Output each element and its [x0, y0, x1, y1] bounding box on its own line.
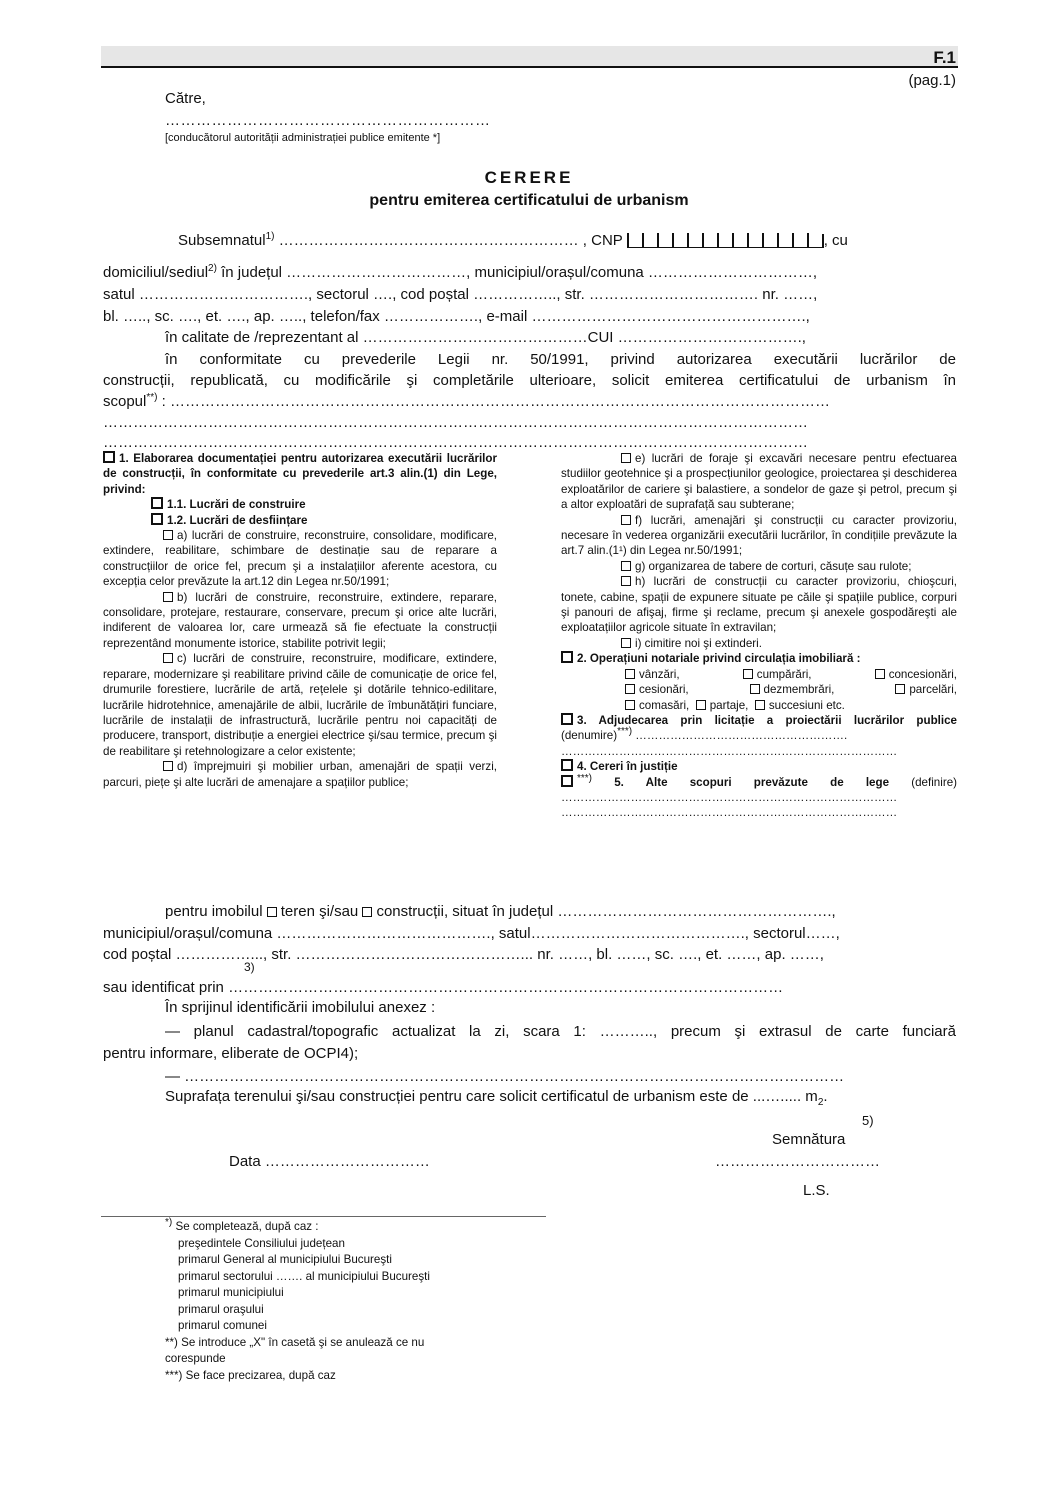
notarial-row-3: comasări, partaje, succesiuni etc.: [561, 698, 957, 713]
header-bar: [101, 46, 958, 68]
footnote-1-item: preşedintele Consiliului județean: [165, 1236, 545, 1253]
cnp-digit-cell[interactable]: [792, 233, 807, 248]
checkbox-b[interactable]: [163, 592, 173, 602]
option-h: h) lucrări de construcții cu caracter pr…: [561, 574, 957, 636]
checkbox-succession[interactable]: [755, 700, 765, 710]
purpose-label: scopul: [103, 393, 146, 410]
checkbox-construction[interactable]: [151, 497, 163, 509]
section-5-field-1[interactable]: ……………………………………………………………………………: [561, 790, 957, 805]
checkbox-g[interactable]: [621, 561, 631, 571]
checkbox-concessions[interactable]: [875, 669, 885, 679]
checkbox-parcelling[interactable]: [895, 684, 905, 694]
property-line-1: pentru imobilul teren şi/sau construcții…: [165, 903, 956, 920]
checkbox-section-5[interactable]: [561, 775, 573, 787]
section-5: ***) 5. Alte scopuri prevăzute de lege (…: [561, 775, 957, 790]
option-a: a) lucrări de construire, reconstruire, …: [103, 528, 497, 590]
law-text-line-2: construcții, republicată, cu modificăril…: [103, 372, 956, 389]
document-subtitle: pentru emiterea certificatului de urbani…: [0, 192, 1058, 210]
annex-item-1[interactable]: — planul cadastral/topografic actualizat…: [165, 1023, 956, 1040]
section-2: 2. Operațiuni notariale privind circulaț…: [561, 651, 957, 666]
option-label: succesiuni etc.: [769, 699, 845, 712]
section-3-field-2[interactable]: ……………………………………………………………………………: [561, 744, 957, 759]
text: , cu: [824, 232, 848, 249]
county-field[interactable]: construcții, situat în județul …………………………: [376, 903, 835, 920]
footnote-ref: ***): [577, 773, 592, 784]
annex-item-1-cont: pentru informare, eliberate de OCPI4);: [103, 1045, 956, 1062]
seal-label: L.S.: [803, 1182, 830, 1199]
annex-intro: În sprijinul identificării imobilului an…: [165, 999, 1018, 1016]
checkbox-section-3[interactable]: [561, 713, 573, 725]
option-g: g) organizarea de tabere de corturi, căs…: [561, 559, 957, 574]
checkbox-land[interactable]: [267, 907, 277, 917]
option-d: d) împrejmuiri şi mobilier urban, amenaj…: [103, 759, 497, 790]
purpose-line-3[interactable]: ……………………………………………………………………………………………………………: [103, 434, 956, 451]
checkbox-c[interactable]: [163, 653, 173, 663]
option-label: cumpărări,: [757, 668, 812, 681]
footnote-1-item: primarul comunei: [165, 1318, 545, 1335]
option-f: f) lucrări, amenajări şi construcții cu …: [561, 513, 957, 559]
surface-line[interactable]: Suprafața terenului şi/sau construcției …: [165, 1088, 956, 1108]
purpose-field[interactable]: : ………………………………………………………………………………………………………: [157, 393, 830, 410]
checkbox-f[interactable]: [621, 515, 631, 525]
section-4: 4. Cereri în justiție: [561, 759, 957, 774]
checkbox-demolition[interactable]: [151, 513, 163, 525]
option-label: partaje,: [710, 699, 749, 712]
option-label: concesionări,: [889, 668, 957, 681]
section-2-title: 2. Operațiuni notariale privind circulaț…: [577, 652, 860, 665]
addressee-hint: [conducătorul autorității administrației…: [165, 132, 440, 144]
checkbox-buildings[interactable]: [362, 907, 372, 917]
option-i: i) cimitire noi şi extinderi.: [561, 636, 957, 651]
subsemnatul-label: Subsemnatul: [178, 232, 266, 249]
footnotes: *) Se completează, după caz : preşedinte…: [165, 1219, 545, 1384]
checkbox-a[interactable]: [163, 530, 173, 540]
footnote-1-item: primarul oraşului: [165, 1302, 545, 1319]
annex-item-2[interactable]: — ………………………………………………………………………………………………………: [165, 1068, 956, 1085]
purpose-line-2[interactable]: ……………………………………………………………………………………………………………: [103, 414, 956, 431]
section-3-note: (denumire): [561, 729, 617, 742]
cnp-digit-cell[interactable]: [717, 233, 732, 248]
footnote-1: *) Se completează, după caz :: [165, 1219, 545, 1236]
purposes-right-column: e) lucrări de foraje şi excavări necesar…: [561, 451, 957, 821]
checkbox-sales[interactable]: [625, 669, 635, 679]
address-line-3[interactable]: bl. ….., sc. …., et. …., ap. ….., telefo…: [103, 308, 956, 325]
law-text-line-1: în conformitate cu prevederile Legii nr.…: [165, 351, 956, 368]
document-title: CERERE: [0, 168, 1058, 188]
footnote-text: Se completează, după caz :: [172, 1220, 318, 1233]
property-line-2[interactable]: municipiul/orașul/comuna …………………………………….…: [103, 925, 956, 942]
purposes-left-column: 1. Elaborarea documentației pentru autor…: [103, 451, 497, 790]
checkbox-i[interactable]: [621, 638, 631, 648]
option-c: c) lucrări de construire, reconstruire, …: [103, 651, 497, 759]
option-label: vânzări,: [639, 668, 680, 681]
checkbox-partition[interactable]: [696, 700, 706, 710]
representative-line[interactable]: în calitate de /reprezentant al ………………………: [165, 329, 955, 346]
cnp-digit-cell[interactable]: [627, 233, 642, 248]
date-field[interactable]: Data ……………………………: [229, 1153, 430, 1170]
footnote-ref: 2): [208, 263, 217, 274]
footnote-2-cont: corespunde: [165, 1351, 545, 1368]
page-reference: (pag.1): [908, 72, 956, 89]
address-line-2[interactable]: satul ……………………………., sectorul …., cod poș…: [103, 286, 956, 303]
checkbox-assignments[interactable]: [625, 684, 635, 694]
option-label: parcelări,: [909, 683, 957, 696]
cnp-field[interactable]: [627, 232, 824, 249]
cnp-digit-cell[interactable]: [777, 233, 792, 248]
domicile-label: domiciliul/sediul: [103, 264, 208, 281]
section-5-field-2[interactable]: ……………………………………………………………………………: [561, 805, 957, 820]
surface-field[interactable]: Suprafața terenului şi/sau construcției …: [165, 1088, 818, 1105]
option-label: c) lucrări de construire, reconstruire, …: [103, 652, 497, 757]
property-line-3[interactable]: cod poștal ……………..., str. ………………………………………: [103, 946, 956, 963]
section-3: 3. Adjudecarea prin licitație a proiectă…: [561, 713, 957, 744]
option-label: comasări,: [639, 699, 689, 712]
option-label: i) cimitire noi şi extinderi.: [635, 637, 762, 650]
checkbox-dismemberments[interactable]: [750, 684, 760, 694]
cnp-digit-cell[interactable]: [762, 233, 777, 248]
applicant-name-line: Subsemnatul1) …………………………………………………… , CNP…: [178, 232, 956, 249]
cnp-digit-cell[interactable]: [642, 233, 657, 248]
property-label: pentru imobilul: [165, 903, 267, 920]
footnote-3: ***) Se face precizarea, după caz: [165, 1368, 545, 1385]
footnote-ref-3: 3): [244, 960, 255, 974]
option-1-2: 1.2. Lucrări de desființare: [103, 513, 497, 528]
option-label: dezmembrări,: [764, 683, 835, 696]
cnp-digit-cell[interactable]: [807, 233, 822, 248]
checkbox-h[interactable]: [621, 576, 631, 586]
footnote-ref-5: 5): [862, 1113, 874, 1128]
cnp-digit-cell[interactable]: [732, 233, 747, 248]
cnp-digit-cell[interactable]: [702, 233, 717, 248]
section-5-note: (definire): [911, 776, 957, 789]
cnp-digit-cell[interactable]: [657, 233, 672, 248]
checkbox-section-1[interactable]: [103, 451, 115, 463]
footnote-ref: ***): [617, 726, 632, 737]
checkbox-purchases[interactable]: [743, 669, 753, 679]
option-label: cesionări,: [639, 683, 689, 696]
option-b: b) lucrări de construire, reconstruire, …: [103, 590, 497, 652]
section-3-field[interactable]: ……………………………………………….: [632, 729, 847, 742]
checkbox-d[interactable]: [163, 761, 173, 771]
section-4-title: 4. Cereri în justiție: [577, 760, 678, 773]
footnote-1-item: primarul municipiului: [165, 1285, 545, 1302]
form-code: F.1: [933, 48, 956, 68]
footnote-1-item: primarul sectorului ……. al municipiului …: [165, 1269, 545, 1286]
signature-field[interactable]: ……………………………: [715, 1153, 880, 1170]
cnp-digit-cell[interactable]: [747, 233, 762, 248]
property-identification[interactable]: sau identificat prin ……………………………………………………: [103, 979, 956, 996]
purpose-line[interactable]: scopul**) : ……………………………………………………………………………: [103, 393, 956, 410]
option-e: e) lucrări de foraje şi excavări necesar…: [561, 451, 957, 513]
notarial-row-1: vânzări, cumpărări, concesionări,: [561, 667, 957, 682]
cnp-digit-cell[interactable]: [687, 233, 702, 248]
signature-label: Semnătura: [772, 1131, 845, 1148]
section-1-title: 1. Elaborarea documentației pentru autor…: [103, 452, 497, 496]
checkbox-section-4[interactable]: [561, 759, 573, 771]
footnote-ref: **): [146, 392, 157, 403]
addressee-label: Către,: [165, 90, 206, 107]
land-label: teren şi/sau: [281, 903, 363, 920]
checkbox-merging[interactable]: [625, 700, 635, 710]
section-5-title: 5. Alte scopuri prevăzute de lege: [614, 776, 889, 789]
name-field[interactable]: …………………………………………………… , CNP: [274, 232, 626, 249]
section-3-title: 3. Adjudecarea prin licitație a proiectă…: [577, 714, 957, 727]
option-label: g) organizarea de tabere de corturi, căs…: [635, 560, 911, 573]
county-city-fields[interactable]: în județul ………………………………, municipiul/oraș…: [217, 264, 817, 281]
address-line-1[interactable]: domiciliul/sediul2) în județul …………………………: [103, 264, 956, 281]
option-label: 1.1. Lucrări de construire: [167, 498, 306, 511]
text: .: [823, 1088, 827, 1105]
addressee-field[interactable]: ………………………………………………………: [165, 112, 491, 129]
option-label: 1.2. Lucrări de desființare: [167, 514, 307, 527]
checkbox-section-2[interactable]: [561, 651, 573, 663]
cnp-digit-cell[interactable]: [672, 233, 687, 248]
checkbox-e[interactable]: [621, 453, 631, 463]
option-1-1: 1.1. Lucrări de construire: [103, 497, 497, 512]
footnote-2: **) Se introduce „X" în casetă şi se anu…: [165, 1335, 545, 1352]
section-1: 1. Elaborarea documentației pentru autor…: [103, 451, 497, 497]
notarial-row-2: cesionări, dezmembrări, parcelări,: [561, 682, 957, 697]
footnote-1-item: primarul General al municipiului Bucureş…: [165, 1252, 545, 1269]
